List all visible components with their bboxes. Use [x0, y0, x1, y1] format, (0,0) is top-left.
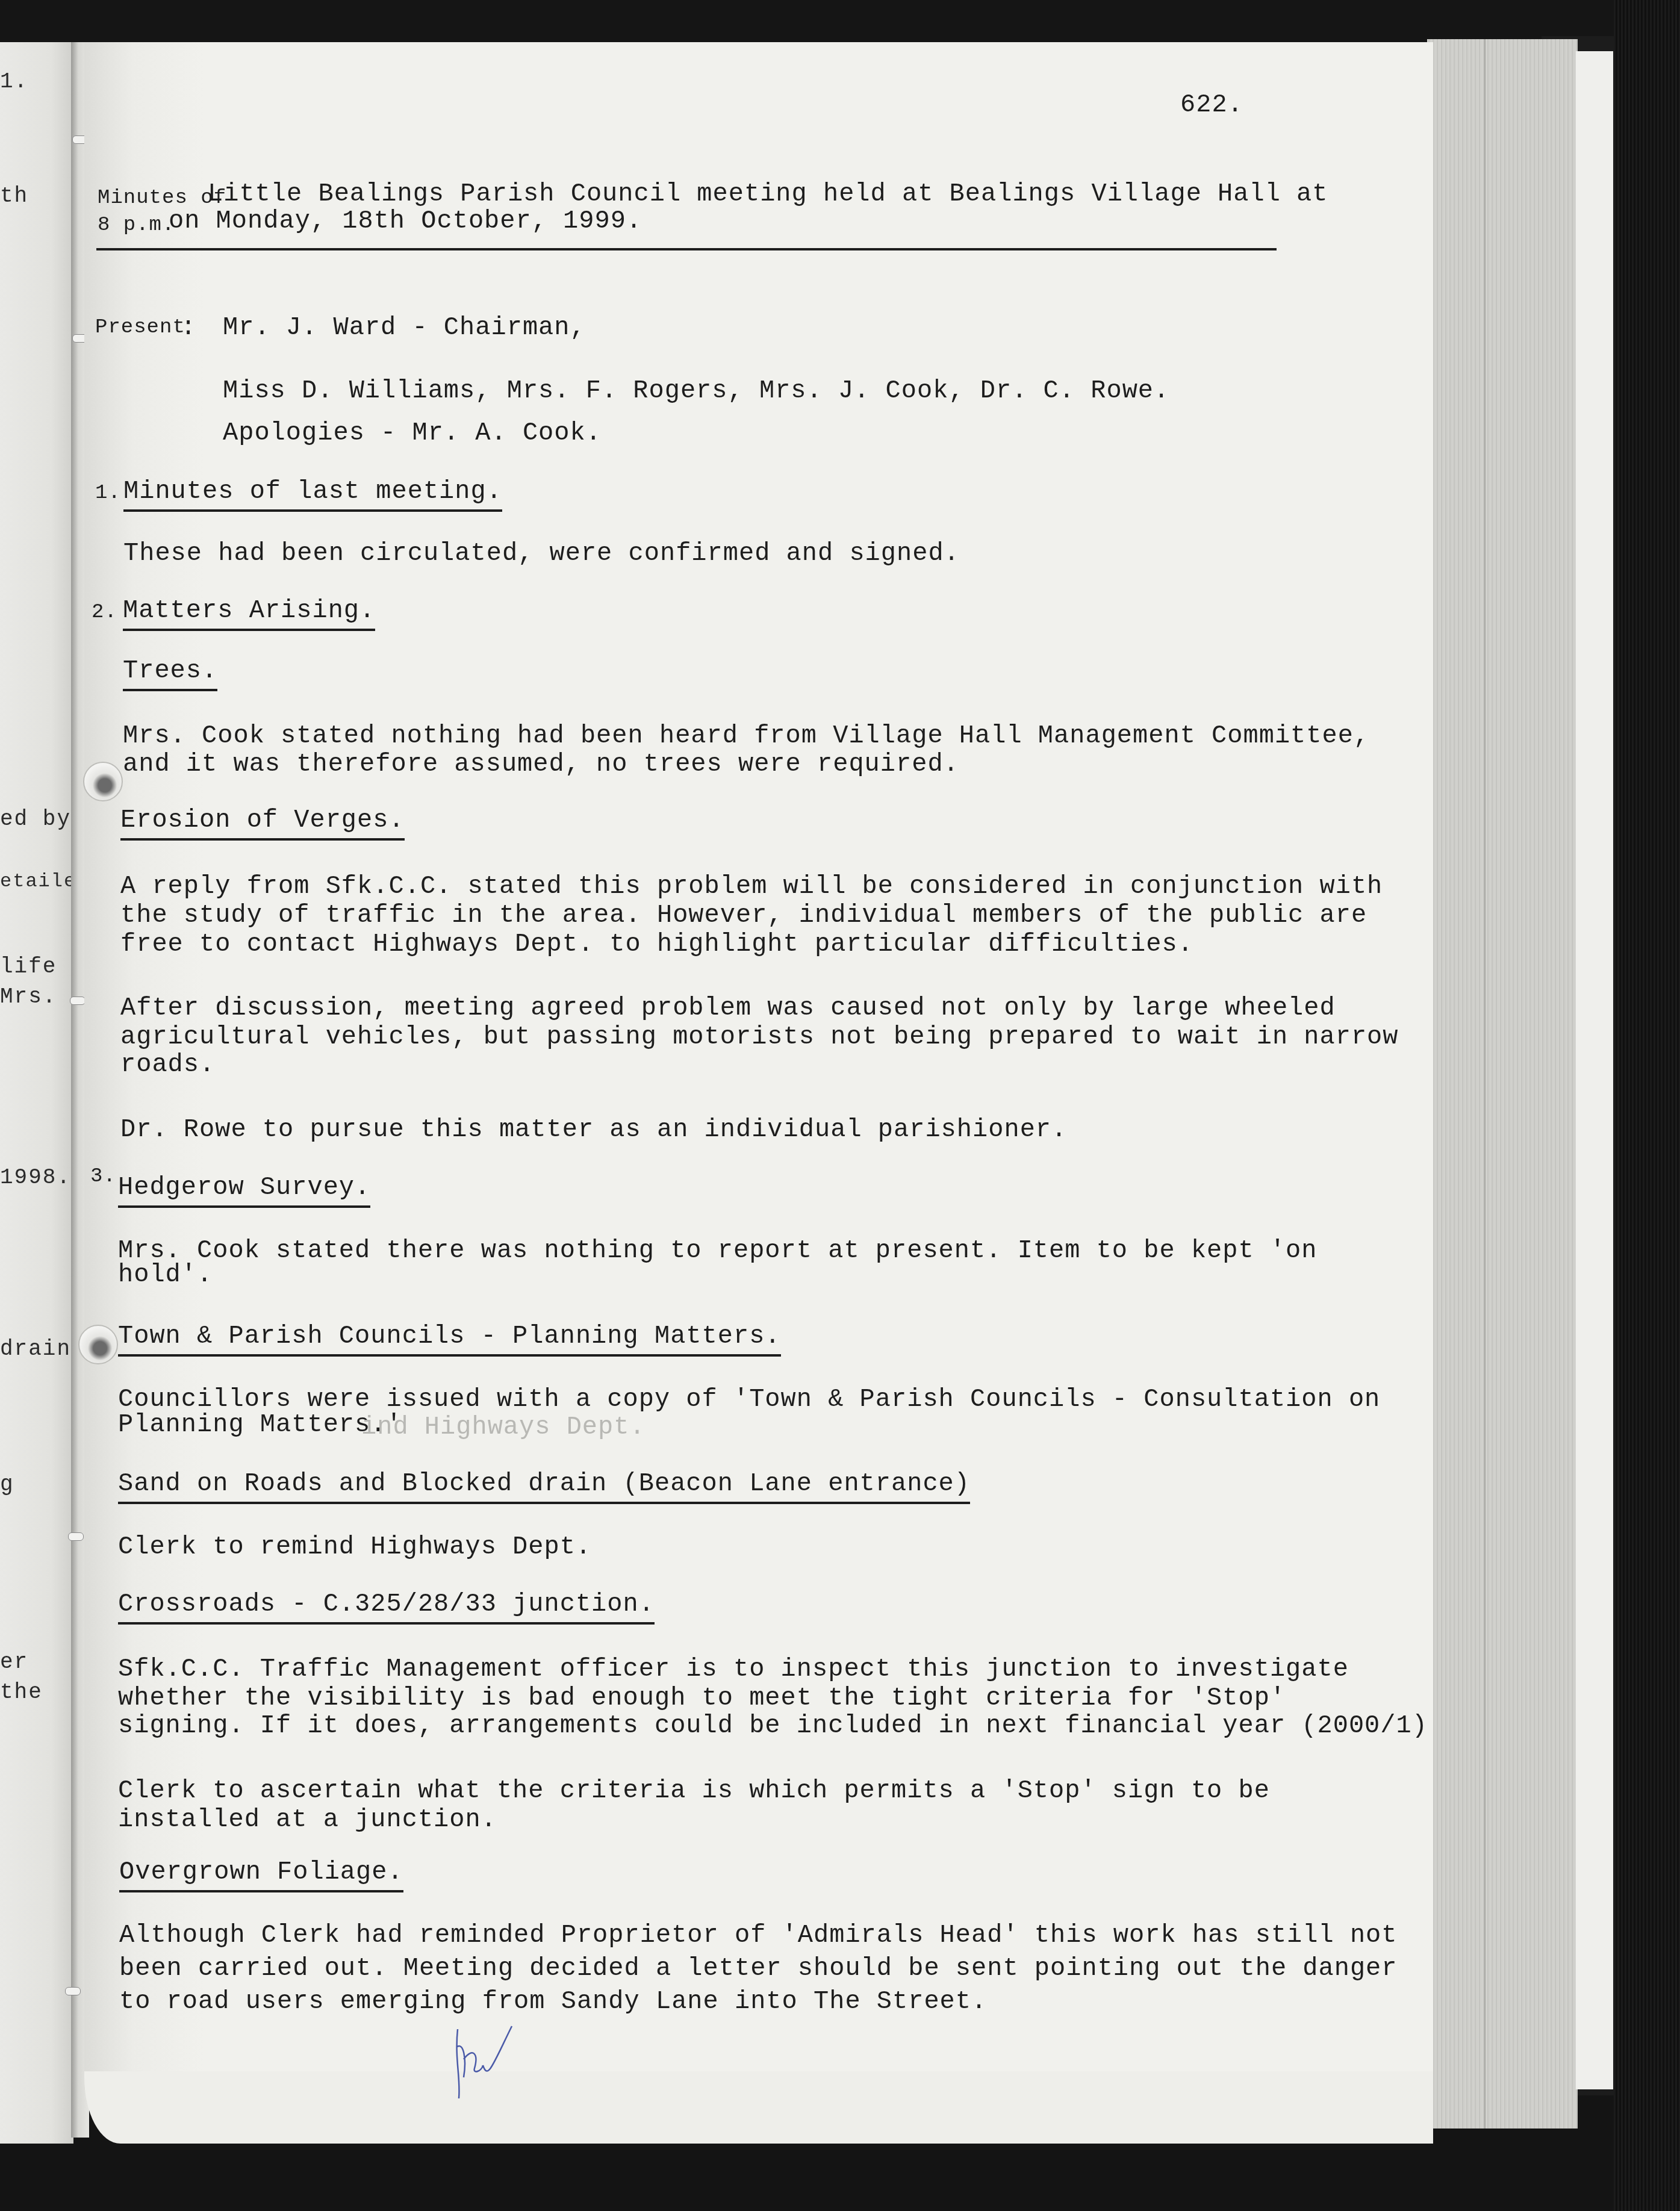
previous-page-fragment: g — [0, 1472, 14, 1497]
punch-hole — [78, 1325, 118, 1364]
section-heading-hedgerow: Hedgerow Survey. — [118, 1173, 370, 1208]
previous-page-fragment: 1998. — [0, 1165, 71, 1190]
present-separator: : — [181, 313, 196, 342]
previous-page-fragment: etailed — [0, 870, 73, 892]
page-number: 622. — [1180, 90, 1243, 119]
previous-page: 1. th ed by etailed life Mrs. 1998. drai… — [0, 42, 73, 2144]
section-heading-minutes: Minutes of last meeting. — [123, 477, 502, 512]
subsection-heading-erosion: Erosion of Verges. — [120, 806, 405, 841]
subsection-heading-trees: Trees. — [123, 656, 217, 691]
previous-page-fragment: the — [0, 1680, 43, 1705]
previous-page-fragment: 1. — [0, 69, 28, 94]
paragraph-line: and it was therefore assumed, no trees w… — [123, 750, 959, 779]
previous-page-fragment: drain — [0, 1337, 71, 1361]
paragraph-line: Clerk to remind Highways Dept. — [118, 1532, 591, 1561]
paragraph-line: free to contact Highways Dept. to highli… — [120, 930, 1193, 959]
binder-ring — [65, 1987, 81, 1995]
meeting-date: on Monday, 18th October, 1999. — [169, 207, 642, 235]
previous-page-fragment: ed by — [0, 807, 71, 832]
binder-cover-right — [1614, 0, 1680, 2211]
paragraph-line: the study of traffic in the area. Howeve… — [120, 901, 1367, 930]
title-rule — [96, 248, 1277, 250]
apologies: Apologies - Mr. A. Cook. — [223, 418, 602, 447]
subsection-heading-planning: Town & Parish Councils - Planning Matter… — [118, 1322, 781, 1357]
subsection-heading-sand-on-roads: Sand on Roads and Blocked drain (Beacon … — [118, 1469, 970, 1504]
signature-initials — [446, 2023, 518, 2101]
paragraph-line: agricultural vehicles, but passing motor… — [120, 1022, 1399, 1051]
section-heading-matters-arising: Matters Arising. — [123, 596, 375, 631]
previous-page-fragment: life — [0, 954, 57, 979]
paragraph-line: A reply from Sfk.C.C. stated this proble… — [120, 872, 1383, 901]
section-number: 1. — [95, 482, 121, 505]
binder-cover-top — [0, 0, 1680, 42]
paragraph: These had been circulated, were confirme… — [123, 539, 960, 568]
paragraph-line: hold'. — [118, 1260, 213, 1289]
previous-page-fragment: er — [0, 1650, 28, 1675]
paragraph-line: been carried out. Meeting decided a lett… — [119, 1954, 1398, 1983]
paragraph-line: Sfk.C.C. Traffic Management officer is t… — [118, 1655, 1349, 1684]
chairman: Mr. J. Ward - Chairman, — [223, 313, 586, 342]
subsection-heading-crossroads: Crossroads - C.325/28/33 junction. — [118, 1590, 655, 1625]
punch-hole — [83, 762, 123, 801]
page-title: Little Bealings Parish Council meeting h… — [208, 179, 1328, 208]
page-stack-edge — [1427, 39, 1578, 2129]
paragraph-line: Mrs. Cook stated nothing had been heard … — [123, 721, 1369, 750]
paragraph-line: Dr. Rowe to pursue this matter as an ind… — [120, 1115, 1067, 1144]
bleed-through-text: ind Highways Dept. — [361, 1413, 646, 1441]
subsection-heading-overgrown-foliage: Overgrown Foliage. — [119, 1858, 403, 1892]
paragraph-line: Clerk to ascertain what the criteria is … — [118, 1776, 1270, 1805]
paragraph-line: Councillors were issued with a copy of '… — [118, 1385, 1380, 1414]
section-number: 3. — [90, 1165, 116, 1188]
paragraph-line: to road users emerging from Sandy Lane i… — [119, 1987, 987, 2016]
members-present: Miss D. Williams, Mrs. F. Rogers, Mrs. J… — [223, 376, 1169, 405]
title-time: 8 p.m. — [98, 214, 175, 237]
previous-page-fragment: th — [0, 184, 28, 208]
previous-page-fragment: Mrs. — [0, 984, 57, 1009]
section-number: 2. — [92, 601, 117, 624]
binder-ring — [68, 1532, 84, 1541]
paragraph-line: Although Clerk had reminded Proprietor o… — [119, 1921, 1398, 1950]
paragraph-line: whether the visibility is bad enough to … — [118, 1684, 1286, 1712]
binder-ring — [70, 997, 86, 1005]
paragraph-line: signing. If it does, arrangements could … — [118, 1711, 1428, 1740]
paragraph-line: Planning Matters.' — [118, 1410, 402, 1439]
paragraph-line: roads. — [120, 1050, 215, 1079]
loose-sheet-edge — [1576, 51, 1613, 2089]
paragraph-line: Mrs. Cook stated there was nothing to re… — [118, 1236, 1318, 1265]
present-label: Present — [95, 316, 185, 339]
page-bottom-edge — [84, 2071, 1433, 2144]
paragraph-line: After discussion, meeting agreed problem… — [120, 994, 1336, 1022]
paragraph-line: installed at a junction. — [118, 1805, 497, 1834]
